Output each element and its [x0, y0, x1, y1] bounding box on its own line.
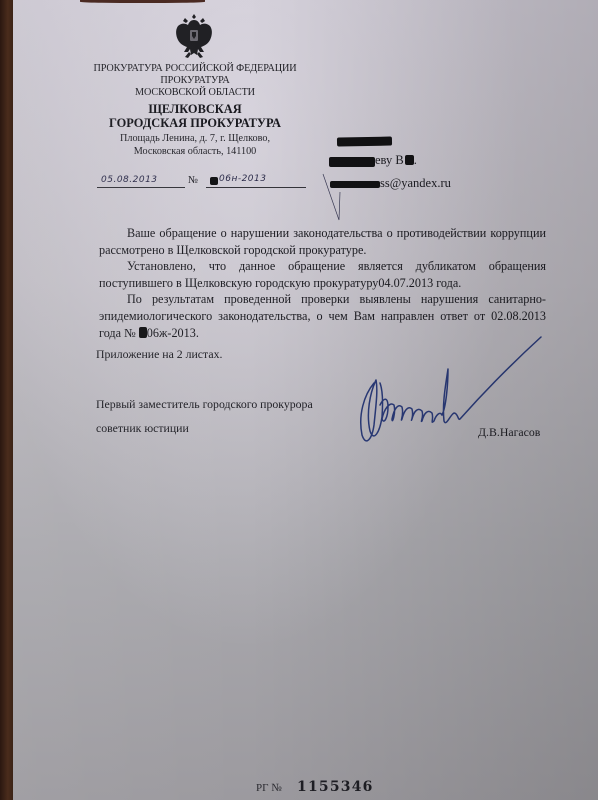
handwritten-signature-icon	[336, 335, 551, 450]
signer-position: Первый заместитель городского прокурора	[96, 397, 313, 412]
redaction-mark	[405, 155, 414, 165]
header-line-region: МОСКОВСКОЙ ОБЛАСТИ	[80, 87, 310, 99]
recipient-email: ss@yandex.ru	[380, 176, 451, 191]
serial-number: 1155346	[297, 779, 374, 795]
serial-label: РГ №	[256, 782, 282, 794]
date-underline	[97, 187, 185, 188]
body-paragraph-3-tail: 06ж-2013.	[147, 326, 199, 340]
header-office-name-1: ЩЕЛКОВСКАЯ	[80, 102, 310, 116]
letter-page: ПРОКУРАТУРА РОССИЙСКОЙ ФЕДЕРАЦИИ ПРОКУРА…	[13, 0, 598, 800]
handwritten-number: 06н-2013	[219, 174, 267, 184]
number-symbol: №	[188, 175, 198, 186]
table-surface-edge	[0, 0, 13, 800]
attachment-note: Приложение на 2 листах.	[96, 347, 222, 362]
recipient-name: еву В.	[375, 153, 417, 168]
recipient-name-suffix: еву В	[375, 153, 404, 167]
handwritten-date: 05.08.2013	[101, 175, 158, 185]
number-underline	[206, 187, 306, 188]
letter-body: Ваше обращение о нарушении законодательс…	[99, 225, 546, 341]
redaction-mark	[139, 327, 147, 338]
header-line-federation: ПРОКУРАТУРА РОССИЙСКОЙ ФЕДЕРАЦИИ	[80, 63, 310, 75]
recipient-name-end: .	[414, 153, 417, 167]
body-paragraph-3: По результатам проведенной проверки выяв…	[99, 291, 546, 341]
redaction-mark	[210, 177, 218, 185]
body-paragraph-2: Установлено, что данное обращение являет…	[99, 258, 546, 291]
body-paragraph-1: Ваше обращение о нарушении законодательс…	[99, 225, 546, 258]
header-address-2: Московская область, 141100	[80, 146, 310, 158]
russian-eagle-emblem-icon	[172, 12, 216, 62]
top-shadow	[80, 0, 205, 3]
redaction-mark	[337, 137, 392, 147]
pen-mark-icon	[313, 170, 353, 225]
signer-rank: советник юстиции	[96, 421, 189, 436]
header-line-prokuratura: ПРОКУРАТУРА	[80, 75, 310, 87]
header-address-1: Площадь Ленина, д. 7, г. Щелково,	[80, 133, 310, 145]
redaction-mark	[329, 157, 375, 167]
header-office-name-2: ГОРОДСКАЯ ПРОКУРАТУРА	[80, 116, 310, 130]
